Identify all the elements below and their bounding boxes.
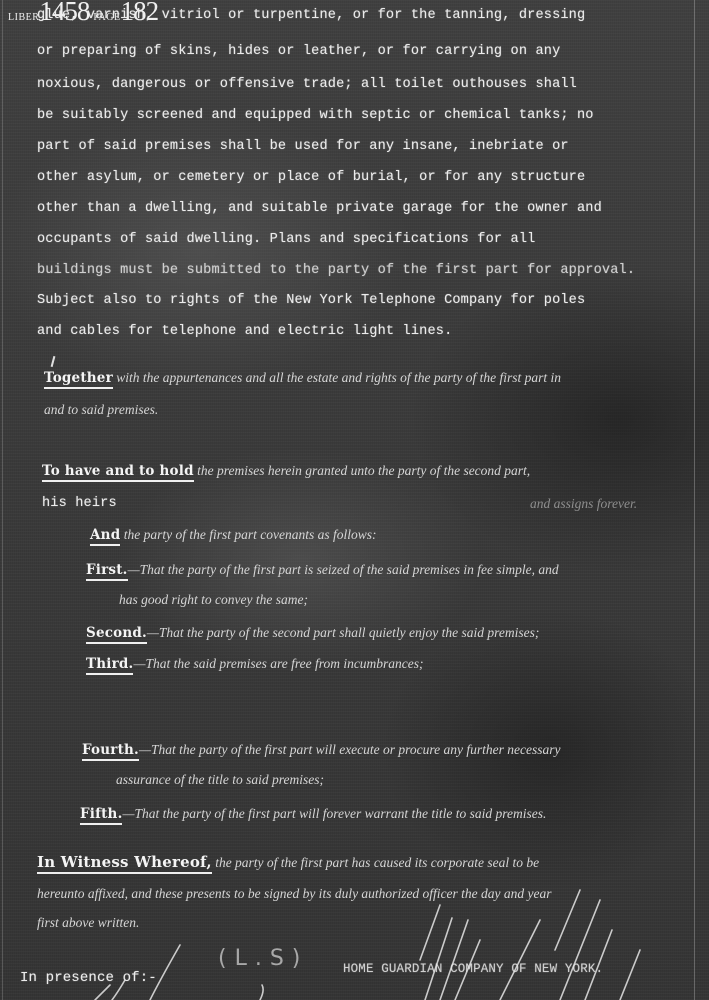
deed-page: LIBER1458 PAGE182 glue, varnish, vitriol… [0, 0, 709, 1000]
